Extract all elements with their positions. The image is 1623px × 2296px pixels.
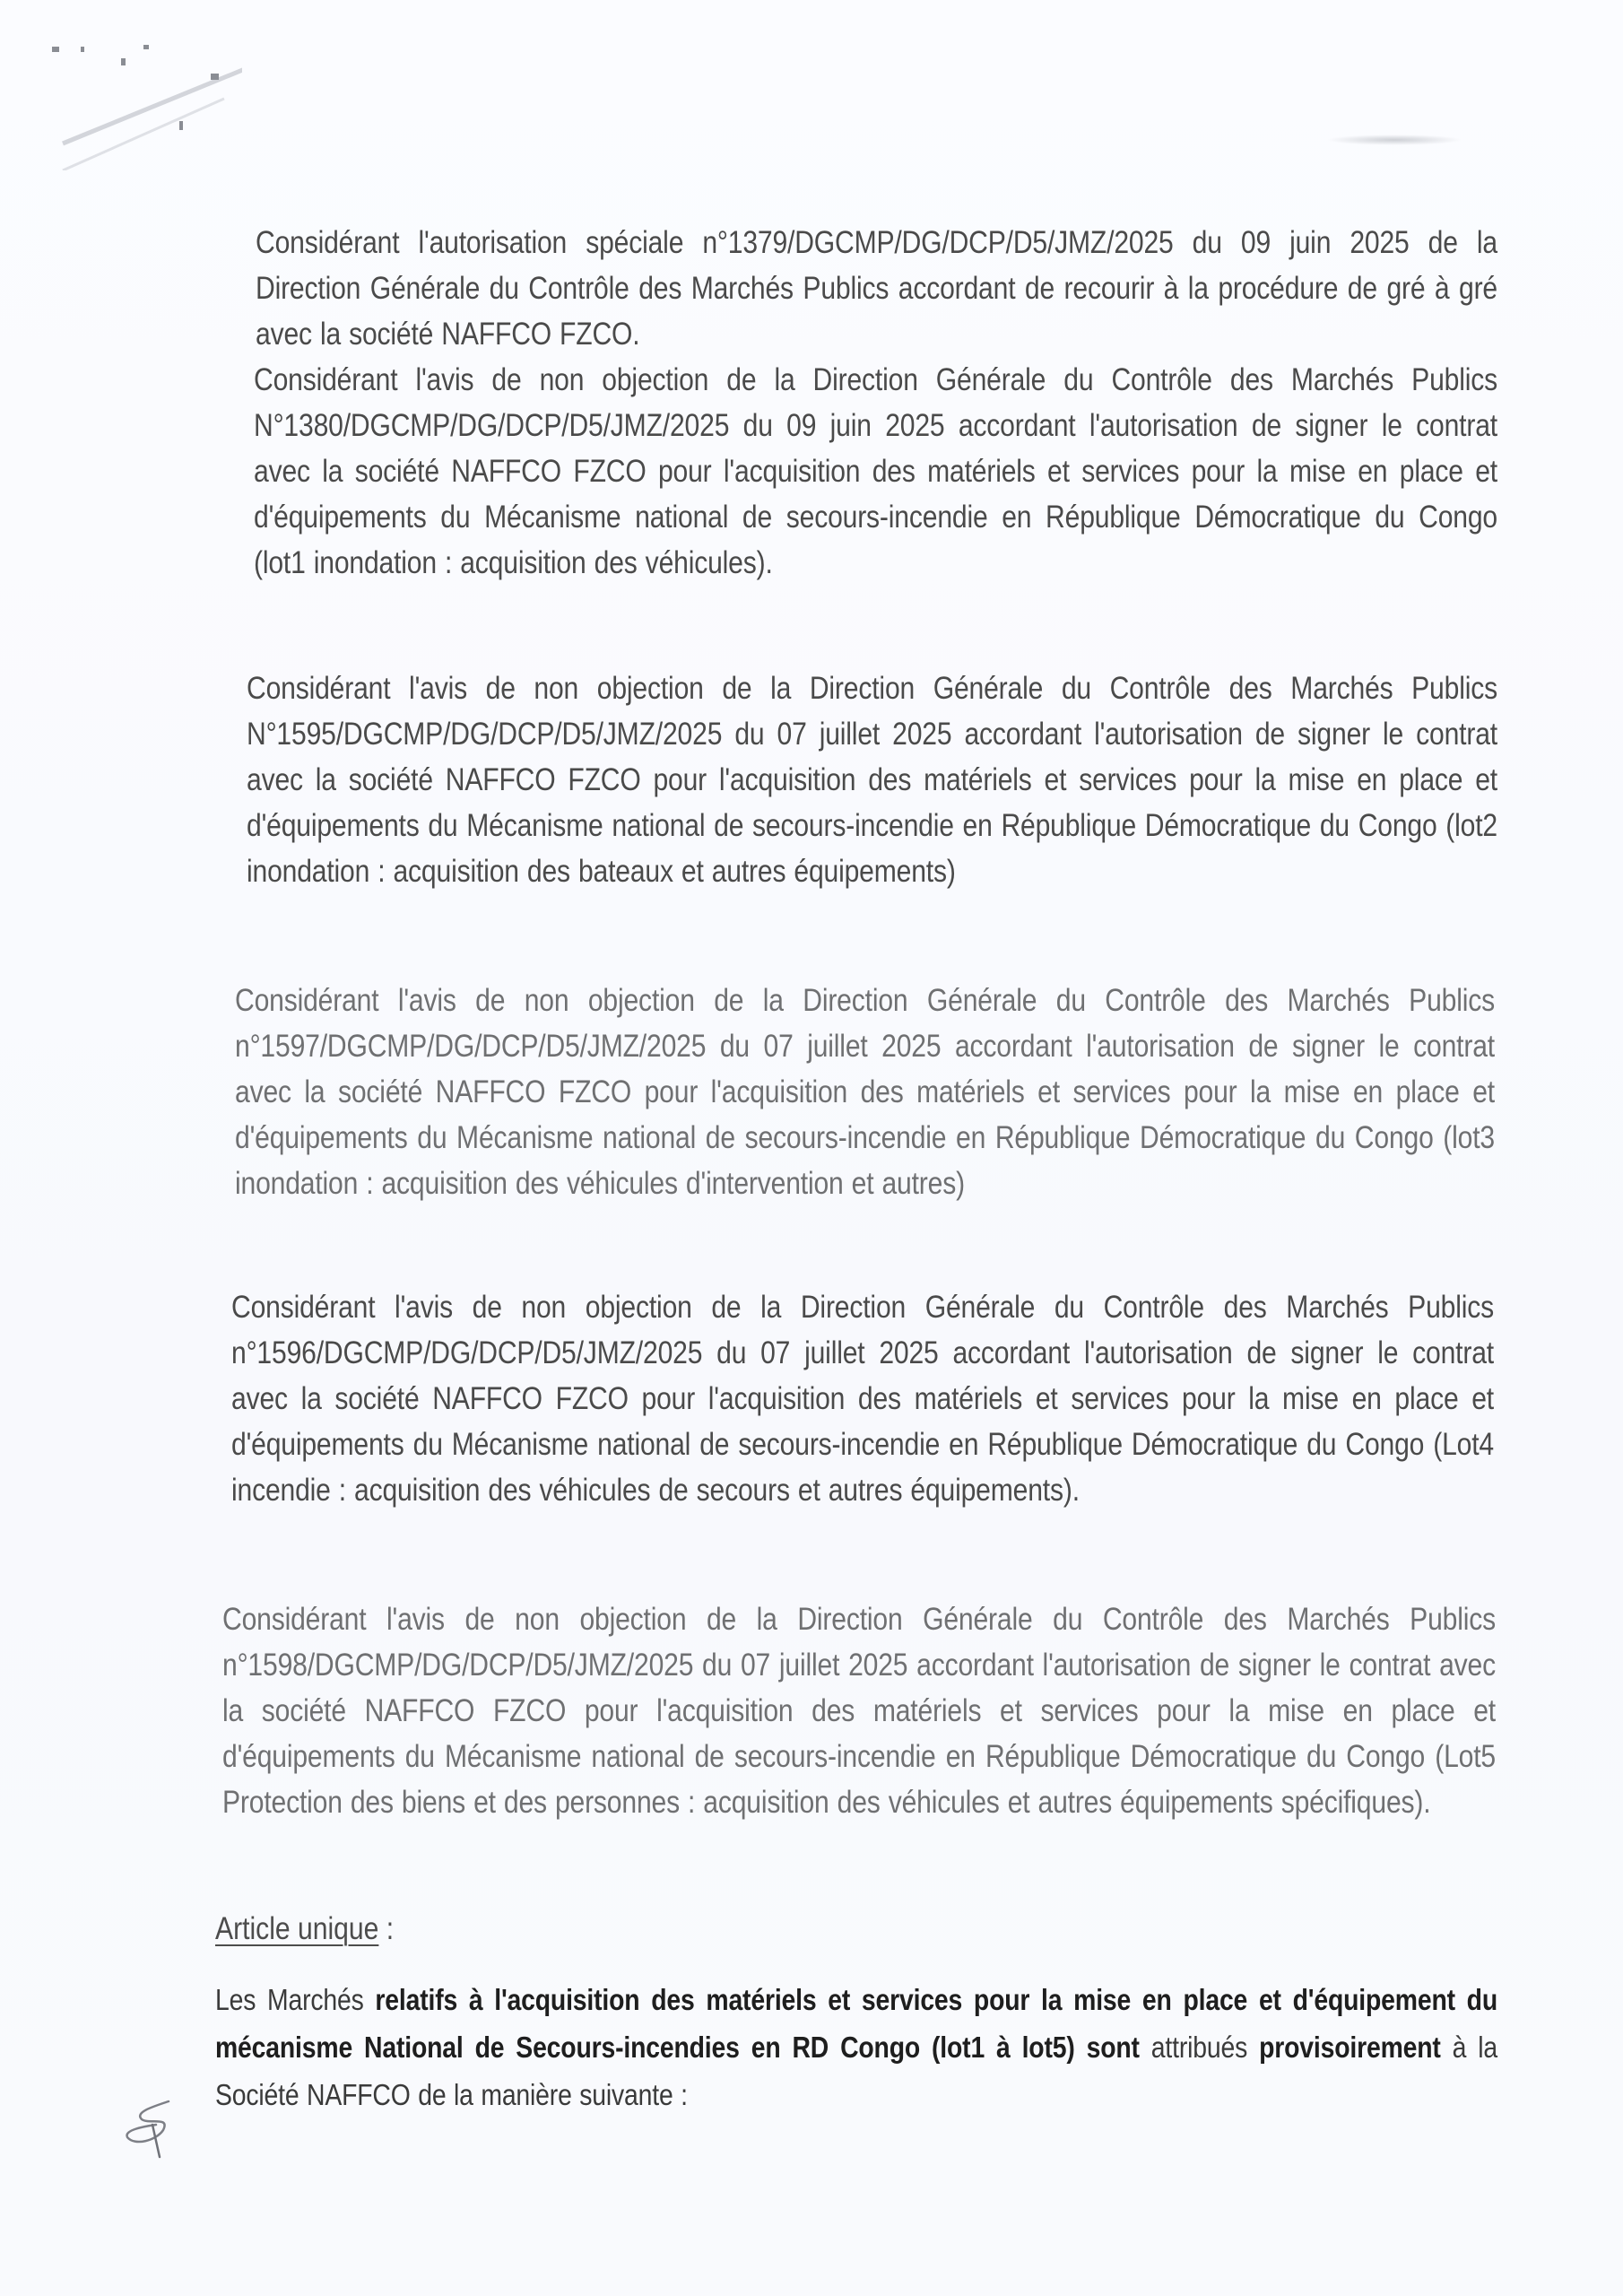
paragraph-considerant-autorisation-speciale: Considérant l'autorisation spéciale n°13… xyxy=(256,220,1497,357)
article-body-part: Les Marchés xyxy=(215,1983,375,2016)
article-body-part: attribués xyxy=(1140,2031,1259,2064)
scan-smudge xyxy=(1327,135,1462,145)
scan-artifact-staple-marks xyxy=(36,45,242,170)
paragraph-considerant-lot5: Considérant l'avis de non objection de l… xyxy=(222,1596,1496,1825)
handwritten-initials-icon xyxy=(117,2094,179,2166)
paragraph-article-unique: Les Marchés relatifs à l'acquisition des… xyxy=(215,1976,1497,2118)
paragraph-considerant-lot1: Considérant l'avis de non objection de l… xyxy=(254,357,1497,586)
paragraph-considerant-lot4: Considérant l'avis de non objection de l… xyxy=(231,1284,1494,1513)
paragraph-considerant-lot3: Considérant l'avis de non objection de l… xyxy=(235,978,1495,1206)
article-heading-colon: : xyxy=(378,1911,394,1946)
article-heading-label: Article unique xyxy=(215,1911,378,1946)
scanned-page: Considérant l'autorisation spéciale n°13… xyxy=(0,0,1623,2296)
paragraph-considerant-lot2: Considérant l'avis de non objection de l… xyxy=(247,665,1497,894)
article-heading: Article unique : xyxy=(215,1906,423,1952)
article-body-part-bold: provisoirement xyxy=(1259,2031,1441,2064)
